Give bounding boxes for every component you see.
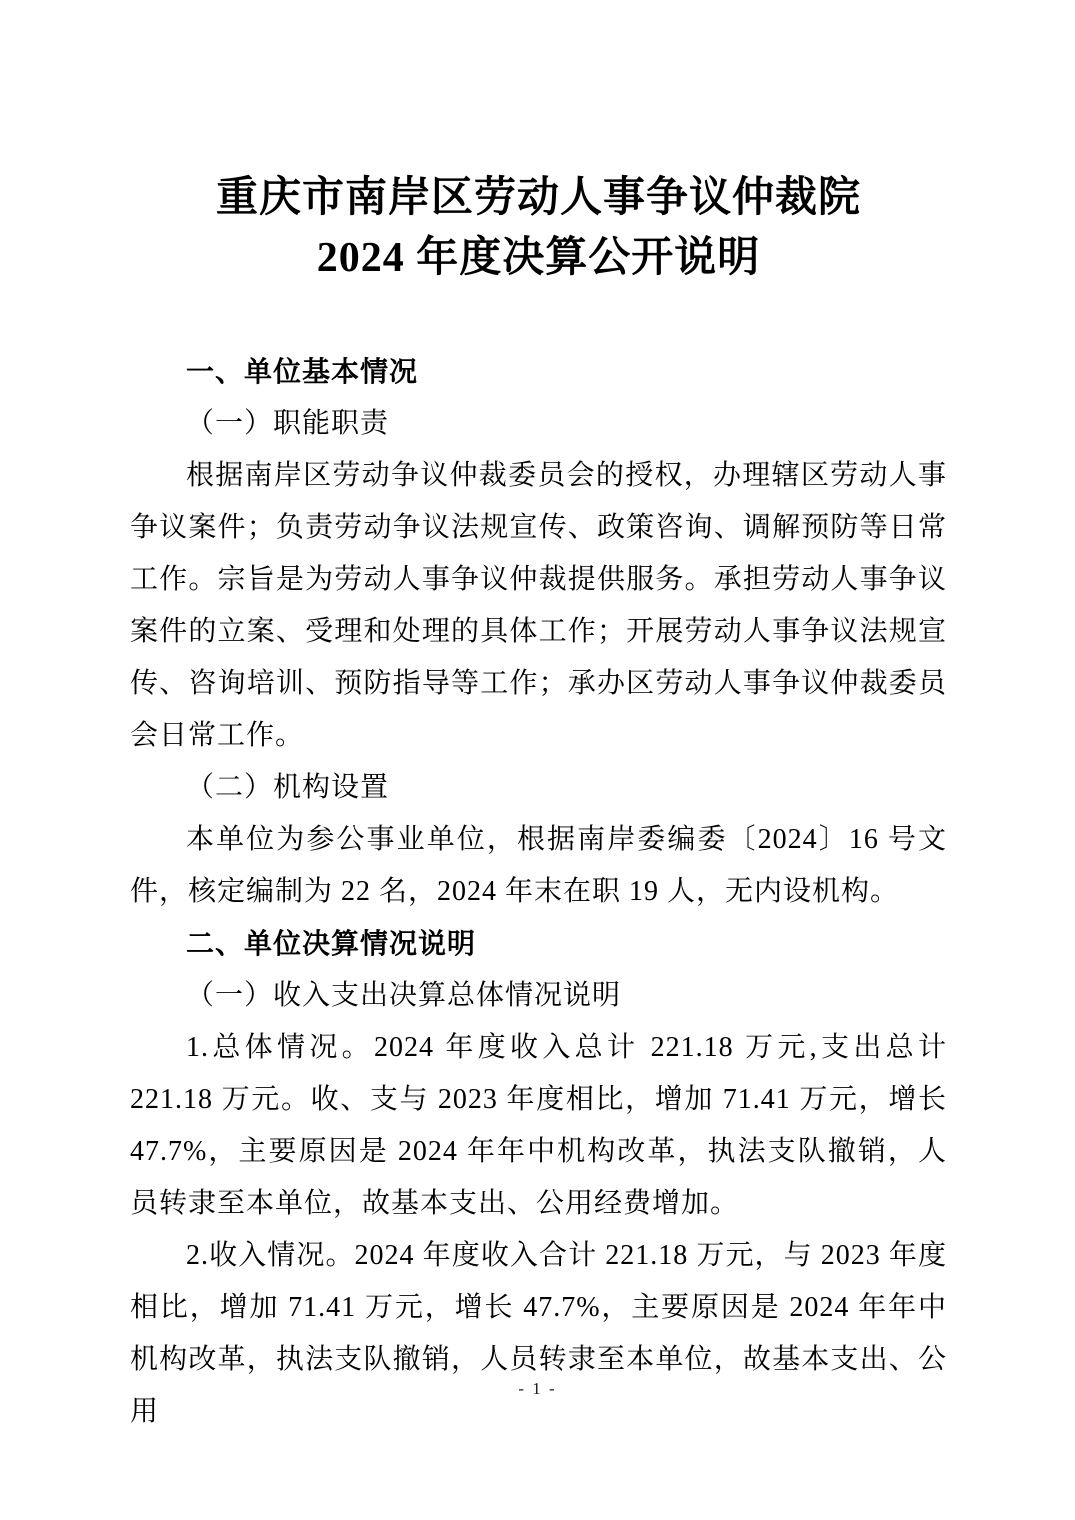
document-body: 重庆市南岸区劳动人事争议仲裁院 2024 年度决算公开说明 一、单位基本情况 （… — [130, 168, 947, 1438]
subheading-functions-duties: （一）职能职责 — [130, 398, 947, 450]
paragraph-organization-setup: 本单位为参公事业单位，根据南岸委编委〔2024〕16 号文件，核定编制为 22 … — [130, 814, 947, 918]
paragraph-overall-situation: 1.总体情况。2024 年度收入总计 221.18 万元,支出总计 221.18… — [130, 1022, 947, 1230]
section-heading-final-accounts: 二、单位决算情况说明 — [130, 918, 947, 970]
document-title-line2: 2024 年度决算公开说明 — [130, 228, 947, 288]
page-number: - 1 - — [0, 1378, 1075, 1400]
document-title-line1: 重庆市南岸区劳动人事争议仲裁院 — [130, 168, 947, 228]
paragraph-functions-duties: 根据南岸区劳动争议仲裁委员会的授权，办理辖区劳动人事争议案件；负责劳动争议法规宣… — [130, 450, 947, 762]
document-title: 重庆市南岸区劳动人事争议仲裁院 2024 年度决算公开说明 — [130, 168, 947, 288]
subheading-income-expense-overview: （一）收入支出决算总体情况说明 — [130, 970, 947, 1022]
section-heading-unit-basic-info: 一、单位基本情况 — [130, 346, 947, 398]
document-text: 一、单位基本情况 （一）职能职责 根据南岸区劳动争议仲裁委员会的授权，办理辖区劳… — [130, 346, 947, 1438]
subheading-organization-setup: （二）机构设置 — [130, 762, 947, 814]
document-page: 重庆市南岸区劳动人事争议仲裁院 2024 年度决算公开说明 一、单位基本情况 （… — [0, 0, 1075, 1520]
paragraph-income-situation: 2.收入情况。2024 年度收入合计 221.18 万元，与 2023 年度相比… — [130, 1230, 947, 1438]
